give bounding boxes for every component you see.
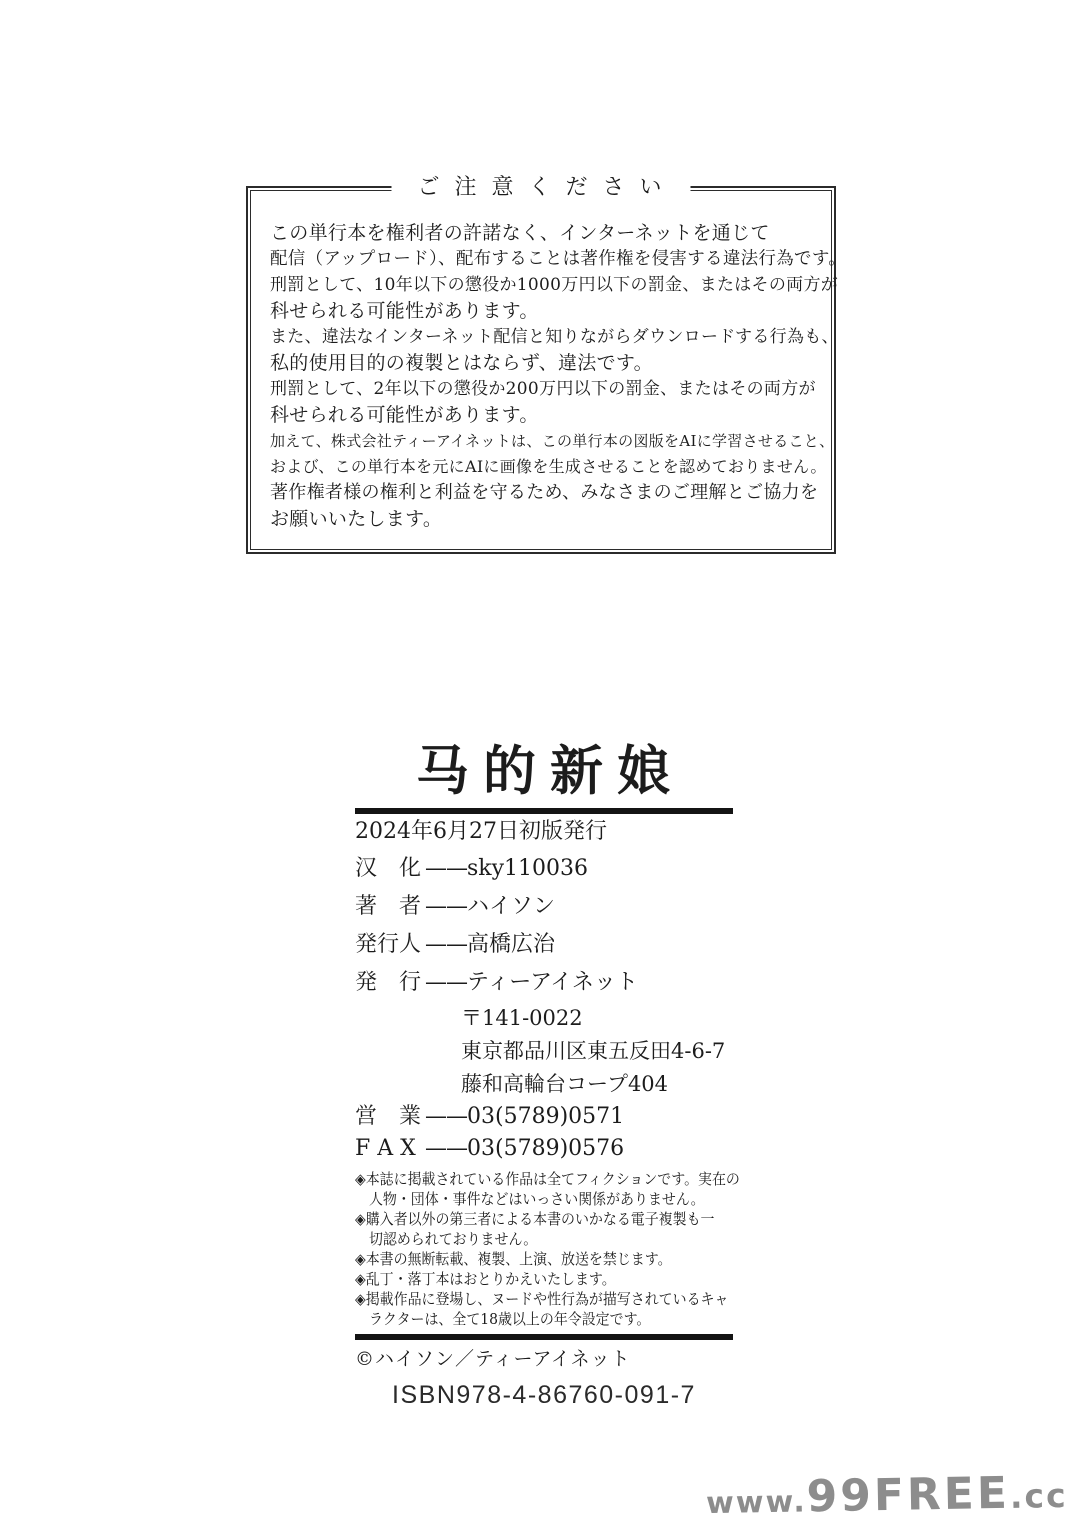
watermark-prefix: www. (706, 1484, 807, 1521)
row-dash: —— (425, 970, 467, 995)
row-value: 03(5789)0576 (467, 1136, 624, 1161)
note-line: ◈掲載作品に登場し、ヌードや性行為が描写されているキャ (355, 1289, 757, 1309)
legal-notes: ◈本誌に掲載されている作品は全てフィクションです。実在の 人物・団体・事件などは… (355, 1169, 757, 1329)
row-value: 03(5789)0571 (467, 1104, 624, 1129)
notice-line: 刑罰として、2年以下の懲役か200万円以下の罰金、またはその両方が (270, 376, 828, 402)
book-title: 马的新娘 (355, 740, 733, 802)
isbn: ISBN978-4-86760-091-7 (355, 1380, 733, 1410)
notice-line: 私的使用目的の複製とはならず、違法です。 (270, 350, 828, 376)
colophon-row: 営 業——03(5789)0571 (355, 1101, 733, 1133)
colophon-row: 発行人——高橋広治 (355, 926, 733, 964)
row-dash: —— (425, 894, 467, 919)
row-dash: —— (425, 1136, 467, 1161)
row-label: 営 業 (355, 1101, 425, 1133)
publisher-address2: 藤和高輪台コープ404 (355, 1068, 733, 1101)
notice-line: この単行本を権利者の許諾なく、インターネットを通じて (270, 220, 828, 246)
notice-line: 刑罰として、10年以下の懲役か1000万円以下の罰金、またはその両方が (270, 272, 828, 298)
row-value: ハイソン (467, 894, 555, 919)
notice-line: 科せられる可能性があります。 (270, 402, 828, 428)
site-watermark: www.99FREE.cc (706, 1467, 1068, 1524)
contact-rows: 営 業——03(5789)0571 F A X——03(5789)0576 (355, 1101, 733, 1165)
notice-title: ご注意ください (391, 174, 690, 202)
row-value: 高橋広治 (467, 932, 555, 957)
colophon-row: F A X——03(5789)0576 (355, 1133, 733, 1165)
watermark-brand: 99FREE (807, 1468, 1011, 1523)
note-line: ◈本誌に掲載されている作品は全てフィクションです。実在の (355, 1169, 757, 1189)
notice-line: 加えて、株式会社ティーアイネットは、この単行本の図版をAIに学習させること、 (270, 428, 828, 454)
row-label: 発行人 (355, 926, 425, 964)
note-line: 切認められておりません。 (355, 1229, 757, 1249)
note-line: ◈本書の無断転載、複製、上演、放送を禁じます。 (355, 1249, 757, 1269)
publisher-postal-code: 〒141-0022 (355, 1002, 733, 1035)
copyright-notice-box: ご注意ください この単行本を権利者の許諾なく、インターネットを通じて 配信（アッ… (246, 186, 836, 554)
note-line: ◈購入者以外の第三者による本書のいかなる電子複製も一 (355, 1209, 757, 1229)
colophon-row: 発 行——ティーアイネット (355, 964, 733, 1002)
copyright-line: ©ハイソン／ティーアイネット (355, 1345, 733, 1373)
bottom-rule (355, 1334, 733, 1340)
row-value: sky110036 (467, 856, 588, 881)
row-label: 発 行 (355, 964, 425, 1002)
row-label: F A X (355, 1133, 425, 1165)
row-value: ティーアイネット (467, 970, 638, 995)
colophon-page: ご注意ください この単行本を権利者の許諾なく、インターネットを通じて 配信（アッ… (0, 0, 1080, 1533)
edition-line: 2024年6月27日初版発行 (355, 814, 733, 850)
watermark-suffix: .cc (1010, 1476, 1068, 1516)
notice-line: および、この単行本を元にAIに画像を生成させることを認めておりません。 (270, 454, 828, 480)
notice-line: 配信（アップロード）、配布することは著作権を侵害する違法行為です。 (270, 246, 828, 272)
notice-line: 著作権者様の権利と利益を守るため、みなさまのご理解とご協力を (270, 480, 828, 506)
note-line: ◈乱丁・落丁本はおとりかえいたします。 (355, 1269, 757, 1289)
notice-body: この単行本を権利者の許諾なく、インターネットを通じて 配信（アップロード）、配布… (270, 220, 828, 532)
note-line: 人物・団体・事件などはいっさい関係がありません。 (355, 1189, 757, 1209)
colophon-block: 马的新娘 2024年6月27日初版発行 汉 化——sky110036 著 者——… (355, 740, 733, 1410)
row-label: 汉 化 (355, 850, 425, 888)
row-dash: —— (425, 856, 467, 881)
publisher-address: 東京都品川区東五反田4-6-7 (355, 1035, 733, 1068)
row-label: 著 者 (355, 888, 425, 926)
note-line: ラクターは、全て18歳以上の年令設定です。 (355, 1309, 757, 1329)
notice-line: また、違法なインターネット配信と知りながらダウンロードする行為も、 (270, 324, 828, 350)
row-dash: —— (425, 1104, 467, 1129)
notice-line: お願いいたします。 (270, 506, 828, 532)
colophon-row: 著 者——ハイソン (355, 888, 733, 926)
notice-line: 科せられる可能性があります。 (270, 298, 828, 324)
colophon-row: 汉 化——sky110036 (355, 850, 733, 888)
row-dash: —— (425, 932, 467, 957)
